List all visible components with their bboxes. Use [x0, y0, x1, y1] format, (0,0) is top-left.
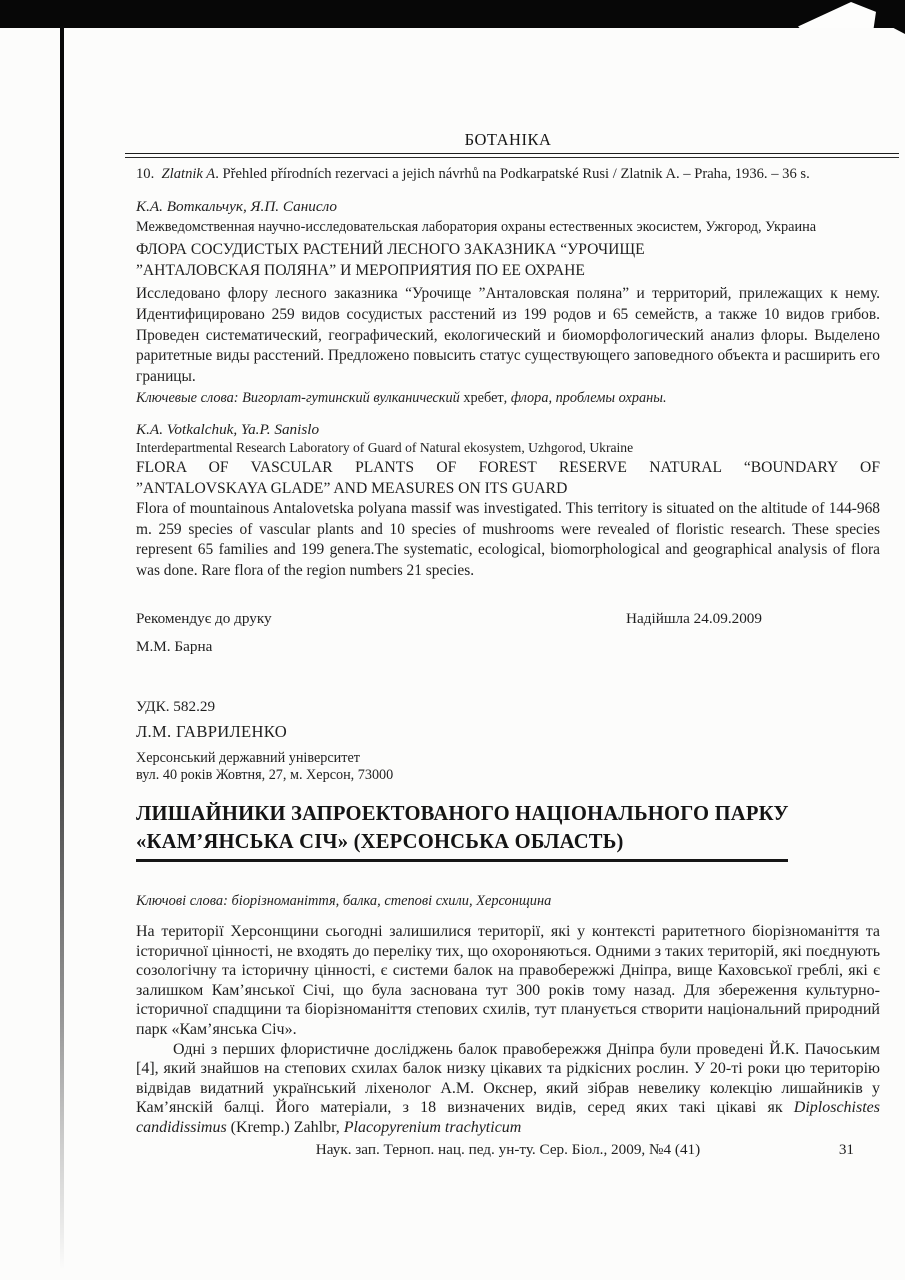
reference-item: 10. Zlatnik A. Přehled přírodních rezerv… [136, 165, 880, 185]
recommended-label: Рекомендує до друку [136, 610, 272, 628]
english-summary-block: K.A. Votkalchuk, Ya.P. Sanislo Interdepa… [136, 421, 880, 582]
editorial-row: Рекомендує до друку Надійшла 24.09.2009 [136, 610, 880, 628]
reference-text: . Přehled přírodních rezervaci a jejich … [215, 166, 810, 182]
scan-black-corner-right [879, 0, 905, 34]
scanned-journal-page: БОТАНІКА 10. Zlatnik A. Přehled přírodní… [0, 0, 905, 1280]
keywords-ru-plain: хребет [463, 390, 503, 406]
affiliation-en: Interdepartmental Research Laboratory of… [136, 439, 880, 457]
body-paragraph-1: На території Херсонщини сьогодні залишил… [136, 922, 880, 1040]
editor-name: М.М. Барна [136, 638, 880, 656]
header-rule [125, 153, 899, 158]
affiliation-ua: Херсонський державний університет вул. 4… [136, 750, 880, 785]
footer-journal-line: Наук. зап. Терноп. нац. пед. ун-ту. Сер.… [316, 1141, 700, 1158]
body-paragraph-2: Одні з перших флористичне досліджень бал… [136, 1040, 880, 1138]
reference-author: Zlatnik A [162, 166, 216, 182]
authors-en: K.A. Votkalchuk, Ya.P. Sanislo [136, 421, 880, 439]
article-title-ru: ФЛОРА СОСУДИСТЫХ РАСТЕНИЙ ЛЕСНОГО ЗАКАЗН… [136, 240, 726, 281]
abstract-ru: Исследовано флору лесного заказника “Уро… [136, 284, 880, 388]
article-title-en-line1: FLORA OF VASCULAR PLANTS OF FOREST RESER… [136, 457, 880, 478]
scan-fold-line-left [60, 26, 64, 1270]
keywords-ua: Ключові слова: біорізноманіття, балка, с… [136, 893, 880, 910]
section-header: БОТАНІКА [136, 130, 880, 150]
abstract-en: Flora of mountainous Antalovetska polyan… [136, 499, 880, 582]
affiliation-ru: Межведомственная научно-исследовательска… [136, 218, 832, 238]
page-number: 31 [839, 1141, 854, 1159]
received-date: Надійшла 24.09.2009 [626, 610, 762, 628]
authors-ru: К.А. Воткальчук, Я.П. Санисло [136, 198, 880, 216]
udc-code: УДК. 582.29 [136, 698, 880, 716]
keywords-ru-tail: , флора, проблемы охраны. [504, 390, 667, 406]
keywords-ru: Ключевые слова: Вигорлат-гутинский вулка… [136, 388, 880, 408]
affiliation-ua-line2: вул. 40 років Жовтня, 27, м. Херсон, 730… [136, 767, 880, 785]
paragraph2-text1: Одні з перших флористичне досліджень бал… [136, 1041, 880, 1117]
paragraph2-text2: (Kremp.) Zahlbr, [227, 1119, 344, 1136]
species-name-2: Placopyrenium trachyticum [344, 1119, 522, 1136]
article-title-en-line2: ”ANTALOVSKAYA GLADE” AND MEASURES ON ITS… [136, 478, 880, 499]
main-article-title: ЛИШАЙНИКИ ЗАПРОЕКТОВАНОГО НАЦІОНАЛЬНОГО … [136, 800, 880, 862]
page-footer: Наук. зап. Терноп. нац. пед. ун-ту. Сер.… [136, 1141, 880, 1159]
affiliation-ua-line1: Херсонський державний університет [136, 750, 880, 768]
author-ua: Л.М. ГАВРИЛЕНКО [136, 722, 880, 742]
keywords-ru-head: Ключевые слова: Вигорлат-гутинский вулка… [136, 390, 463, 406]
main-title-line2: «КАМ’ЯНСЬКА СІЧ» (ХЕРСОНСЬКА ОБЛАСТЬ) [136, 828, 788, 862]
reference-number: 10. [136, 166, 154, 182]
main-title-line1: ЛИШАЙНИКИ ЗАПРОЕКТОВАНОГО НАЦІОНАЛЬНОГО … [136, 800, 880, 828]
page-content: БОТАНІКА 10. Zlatnik A. Přehled přírodní… [136, 0, 880, 1159]
